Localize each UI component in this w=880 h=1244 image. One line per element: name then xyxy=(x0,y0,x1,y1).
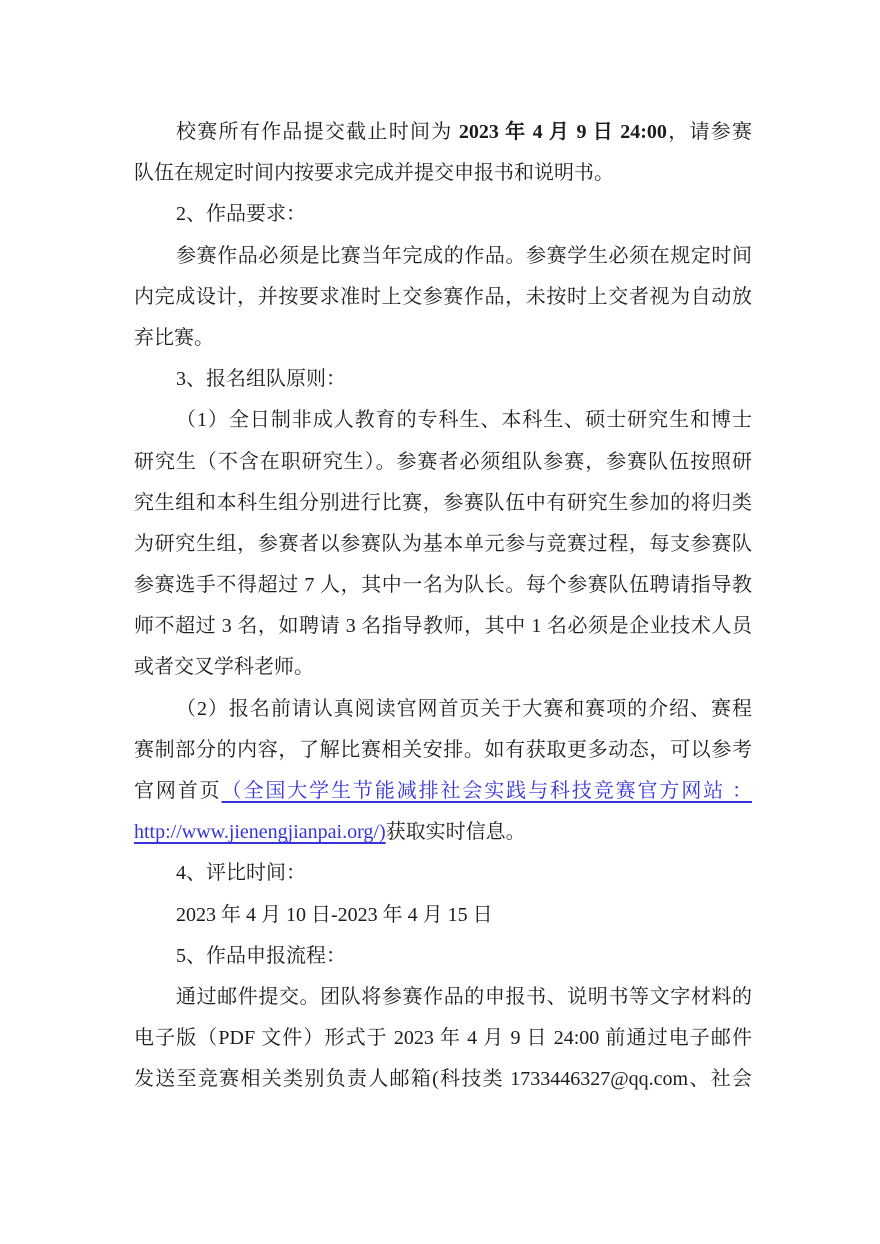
text-run: 内完成设计，并按要求准时上交参赛作品，未按时上交者视为自动放 xyxy=(134,286,752,308)
doc-line: 或者交叉学科老师。 xyxy=(134,647,752,688)
official-website-url-link[interactable]: http://www.jienengjianpai.org/) xyxy=(134,821,386,843)
text-run: 获取实时信息。 xyxy=(386,821,526,843)
text-run: 2、作品要求： xyxy=(176,203,306,225)
official-website-link[interactable]: （全国大学生节能减排社会实践与科技竞赛官方网站 ： xyxy=(222,780,752,802)
text-run: 电子版（PDF 文件）形式于 2023 年 4 月 9 日 24:00 前通过电… xyxy=(134,1027,752,1049)
doc-line: 参赛作品必须是比赛当年完成的作品。参赛学生必须在规定时间 xyxy=(134,236,752,277)
text-run: ，请参赛 xyxy=(667,121,752,143)
doc-line: 内完成设计，并按要求准时上交参赛作品，未按时上交者视为自动放 xyxy=(134,277,752,318)
text-run: 4、评比时间： xyxy=(176,862,306,884)
text-run: 发送至竞赛相关类别负责人邮箱(科技类 1733446327@qq.com、社会 xyxy=(134,1068,752,1090)
document-body: 校赛所有作品提交截止时间为 2023 年 4 月 9 日 24:00，请参赛 队… xyxy=(134,112,752,1101)
doc-line: 赛制部分的内容，了解比赛相关安排。如有获取更多动态，可以参考 xyxy=(134,730,752,771)
doc-line: （2）报名前请认真阅读官网首页关于大赛和赛项的介绍、赛程 xyxy=(134,689,752,730)
text-run: 参赛作品必须是比赛当年完成的作品。参赛学生必须在规定时间 xyxy=(176,245,752,267)
evaluation-date-range: 2023 年 4 月 10 日-2023 年 4 月 15 日 xyxy=(134,895,752,936)
text-run: 官网首页 xyxy=(134,780,222,802)
doc-line: 队伍在规定时间内按要求完成并提交申报书和说明书。 xyxy=(134,153,752,194)
deadline-datetime-bold: 2023 年 4 月 9 日 24:00 xyxy=(459,121,667,143)
doc-heading-2: 2、作品要求： xyxy=(134,194,752,235)
doc-line: 校赛所有作品提交截止时间为 2023 年 4 月 9 日 24:00，请参赛 xyxy=(134,112,752,153)
text-run: （2）报名前请认真阅读官网首页关于大赛和赛项的介绍、赛程 xyxy=(176,698,752,720)
text-run: 队伍在规定时间内按要求完成并提交申报书和说明书。 xyxy=(134,162,614,184)
doc-heading-4: 4、评比时间： xyxy=(134,853,752,894)
text-run: 赛制部分的内容，了解比赛相关安排。如有获取更多动态，可以参考 xyxy=(134,739,752,761)
doc-line: 为研究生组，参赛者以参赛队为基本单元参与竞赛过程，每支参赛队 xyxy=(134,524,752,565)
doc-line: 通过邮件提交。团队将参赛作品的申报书、说明书等文字材料的 xyxy=(134,977,752,1018)
text-run: （1）全日制非成人教育的专科生、本科生、硕士研究生和博士 xyxy=(176,409,752,431)
text-run: 参赛选手不得超过 7 人，其中一名为队长。每个参赛队伍聘请指导教 xyxy=(134,574,752,596)
text-run: 师不超过 3 名，如聘请 3 名指导教师，其中 1 名必须是企业技术人员 xyxy=(134,615,752,637)
text-run: 或者交叉学科老师。 xyxy=(134,656,314,678)
doc-line: 参赛选手不得超过 7 人，其中一名为队长。每个参赛队伍聘请指导教 xyxy=(134,565,752,606)
doc-line: 研究生（不含在职研究生）。参赛者必须组队参赛，参赛队伍按照研 xyxy=(134,442,752,483)
text-run: 弃比赛。 xyxy=(134,327,214,349)
doc-line: 师不超过 3 名，如聘请 3 名指导教师，其中 1 名必须是企业技术人员 xyxy=(134,606,752,647)
doc-line: 发送至竞赛相关类别负责人邮箱(科技类 1733446327@qq.com、社会 xyxy=(134,1059,752,1100)
doc-line: 官网首页（全国大学生节能减排社会实践与科技竞赛官方网站 ： xyxy=(134,771,752,812)
text-run: 研究生（不含在职研究生）。参赛者必须组队参赛，参赛队伍按照研 xyxy=(134,451,752,473)
text-run: 为研究生组，参赛者以参赛队为基本单元参与竞赛过程，每支参赛队 xyxy=(134,533,752,555)
doc-line: http://www.jienengjianpai.org/)获取实时信息。 xyxy=(134,812,752,853)
text-run: 究生组和本科生组分别进行比赛，参赛队伍中有研究生参加的将归类 xyxy=(134,492,752,514)
text-run: 3、报名组队原则： xyxy=(176,368,346,390)
document-page: 校赛所有作品提交截止时间为 2023 年 4 月 9 日 24:00，请参赛 队… xyxy=(0,0,880,1244)
text-run: 通过邮件提交。团队将参赛作品的申报书、说明书等文字材料的 xyxy=(176,986,752,1008)
doc-heading-5: 5、作品申报流程： xyxy=(134,936,752,977)
doc-line: 弃比赛。 xyxy=(134,318,752,359)
doc-line: （1）全日制非成人教育的专科生、本科生、硕士研究生和博士 xyxy=(134,400,752,441)
text-run: 2023 年 4 月 10 日-2023 年 4 月 15 日 xyxy=(176,904,493,926)
doc-line: 电子版（PDF 文件）形式于 2023 年 4 月 9 日 24:00 前通过电… xyxy=(134,1018,752,1059)
text-run: 5、作品申报流程： xyxy=(176,945,346,967)
text-run: 校赛所有作品提交截止时间为 xyxy=(176,121,459,143)
doc-heading-3: 3、报名组队原则： xyxy=(134,359,752,400)
doc-line: 究生组和本科生组分别进行比赛，参赛队伍中有研究生参加的将归类 xyxy=(134,483,752,524)
